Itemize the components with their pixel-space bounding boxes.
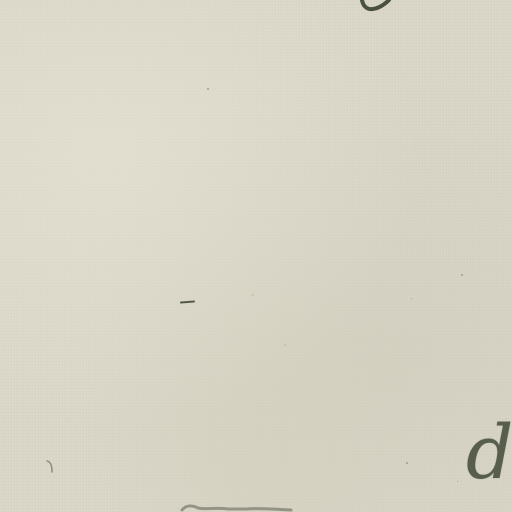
paper-speck — [457, 481, 458, 482]
handwriting-bottom-fragment — [176, 500, 306, 512]
paper-speck — [411, 298, 412, 299]
paper-page: d — [0, 0, 512, 512]
handwriting-top-stroke — [358, 0, 398, 14]
paper-speck — [251, 294, 254, 296]
paper-speck — [406, 462, 408, 464]
handwritten-letter-d: d — [466, 412, 512, 494]
paper-speck — [284, 344, 286, 346]
ink-dash — [179, 299, 197, 305]
ink-tick — [44, 458, 58, 476]
paper-speck — [461, 274, 463, 276]
paper-speck — [207, 88, 209, 90]
